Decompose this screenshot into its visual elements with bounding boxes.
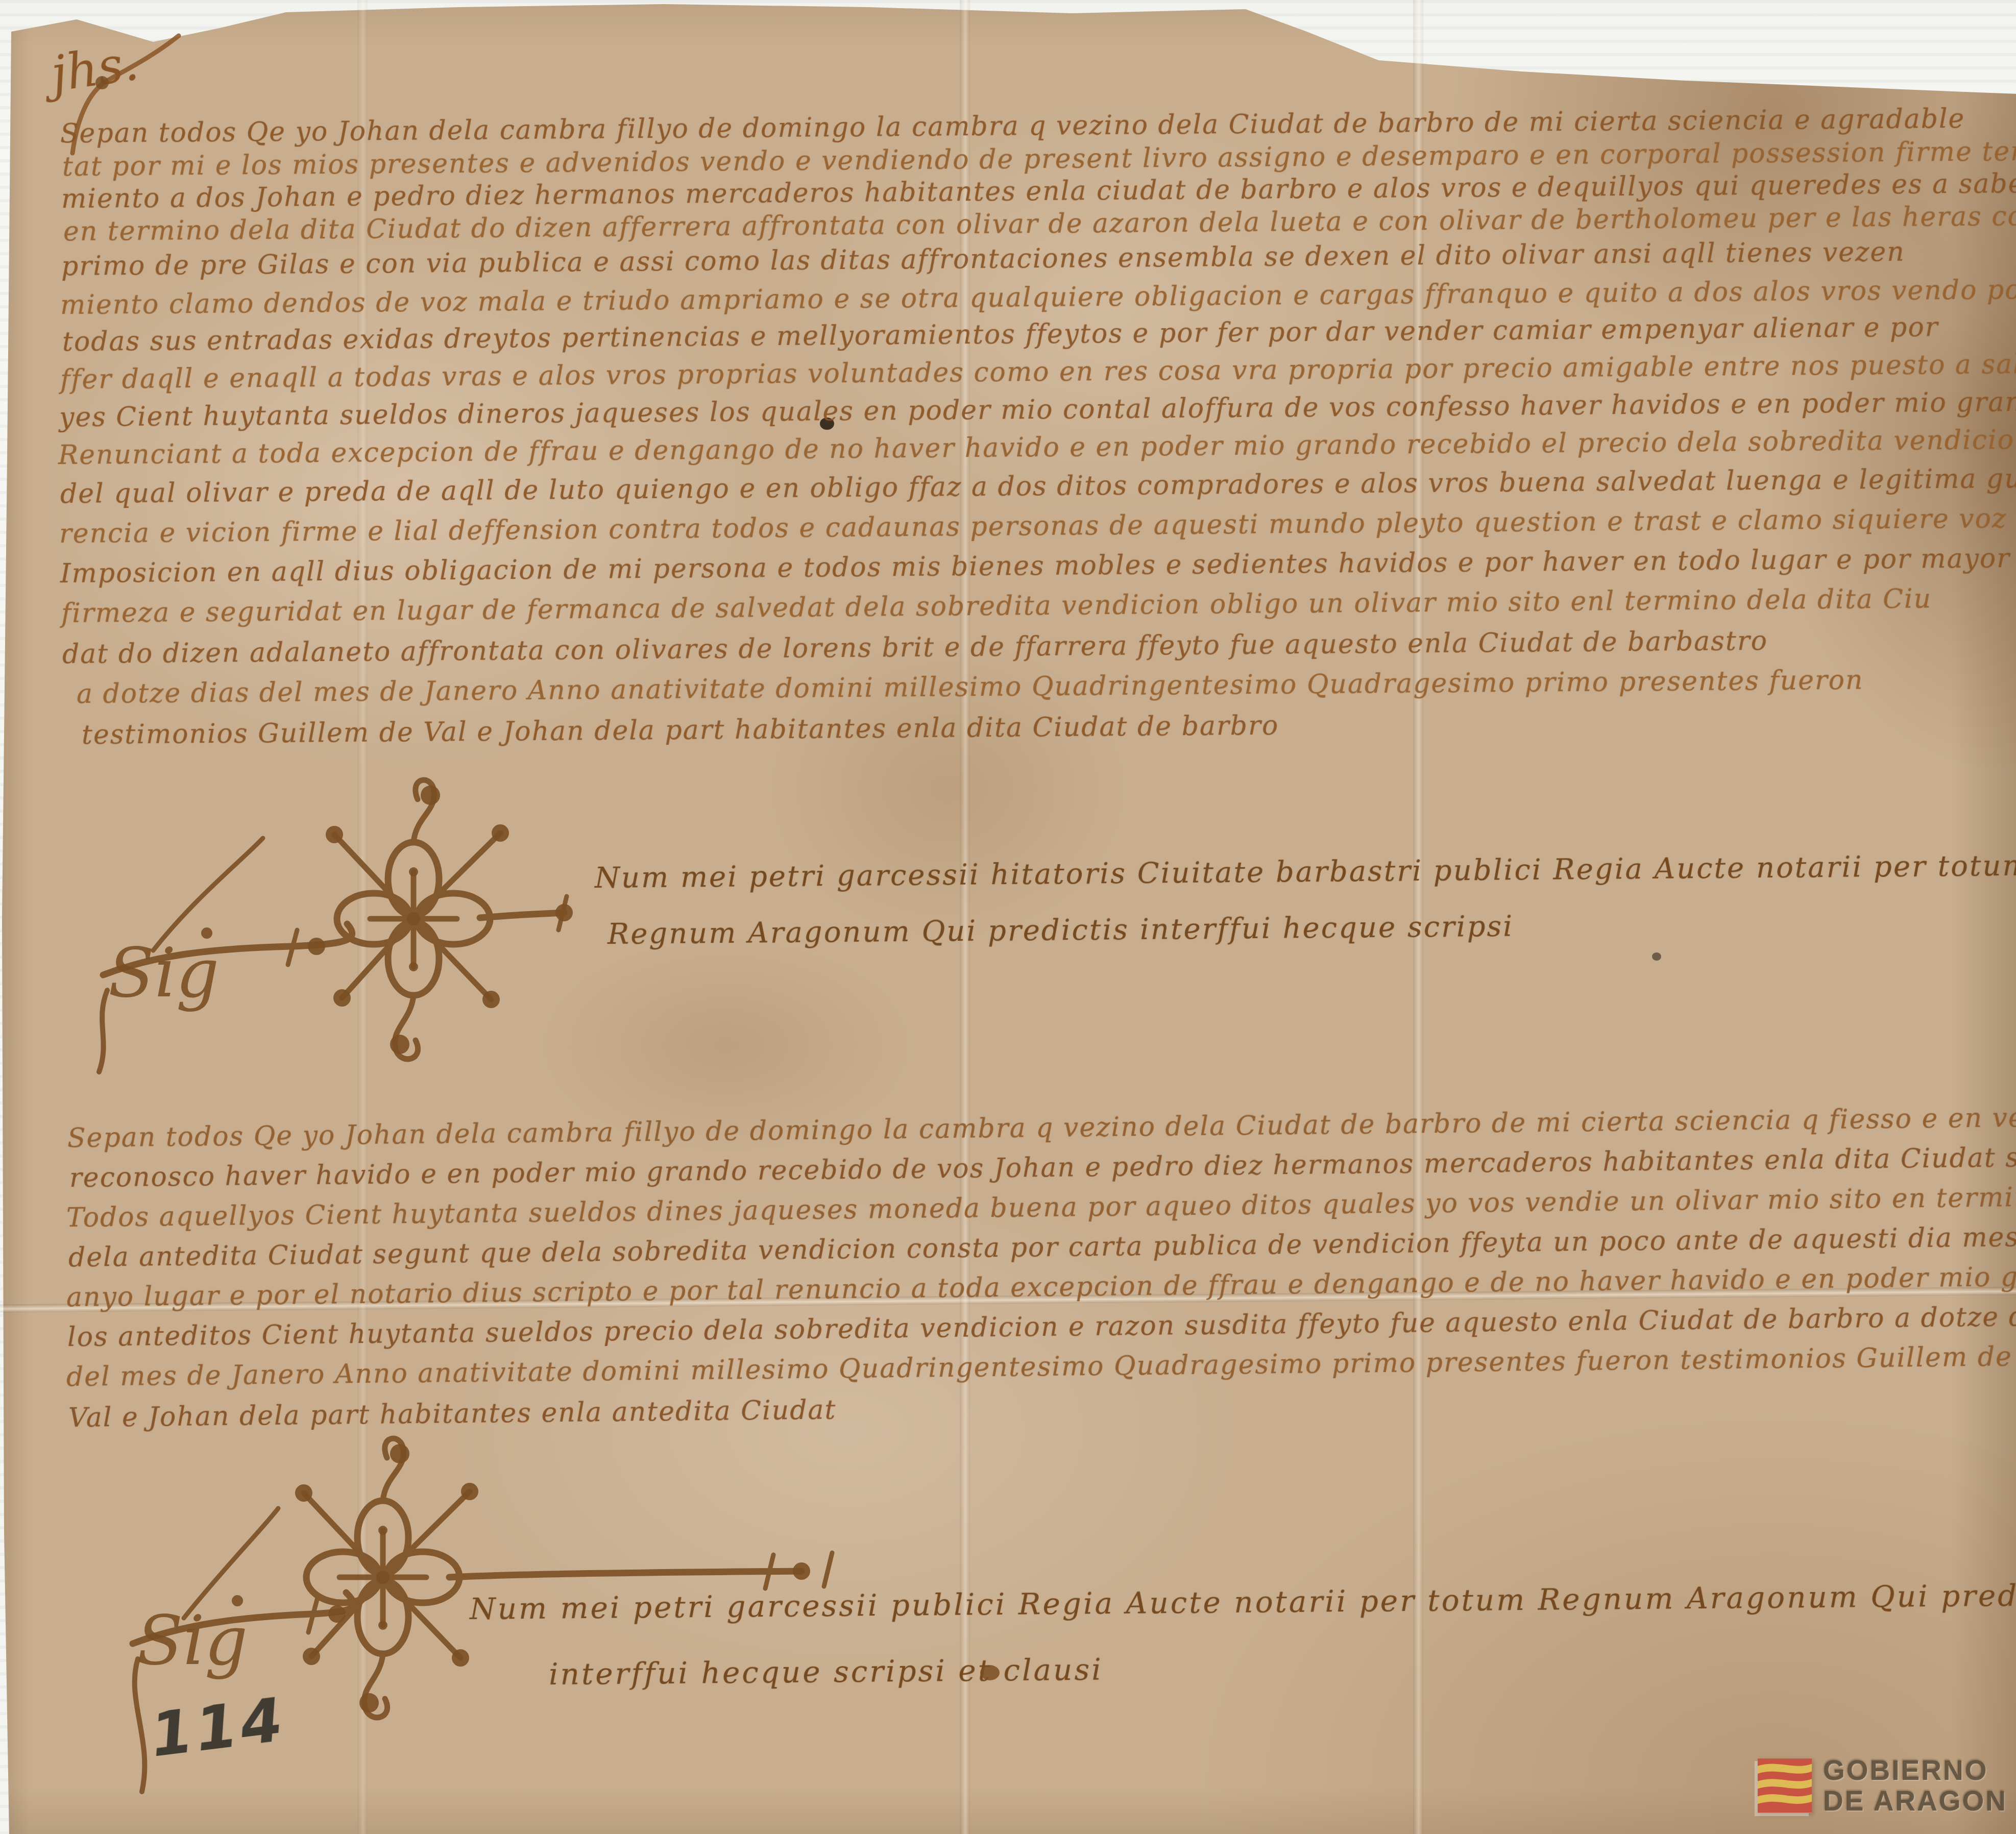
aragon-flag-icon — [1758, 1758, 1812, 1813]
sig-monogram: Sig — [108, 934, 219, 1013]
watermark-line1: GOBIERNO — [1823, 1755, 2007, 1786]
ink-blot — [1652, 952, 1661, 961]
sig-monogram: Sig — [137, 1602, 248, 1680]
notary-line: interffui hecque scripsi et clausi — [549, 1652, 1103, 1692]
manuscript-scan: jhs. Sepan todos Qe yo Johan dela cambra… — [0, 0, 2016, 1834]
notarial-signum: Sig — [77, 750, 587, 1077]
notary-closing-knot — [980, 1665, 1000, 1680]
gobierno-de-aragon-watermark: GOBIERNO DE ARAGON — [1758, 1755, 2007, 1816]
watermark-line2: DE ARAGON — [1823, 1786, 2007, 1816]
